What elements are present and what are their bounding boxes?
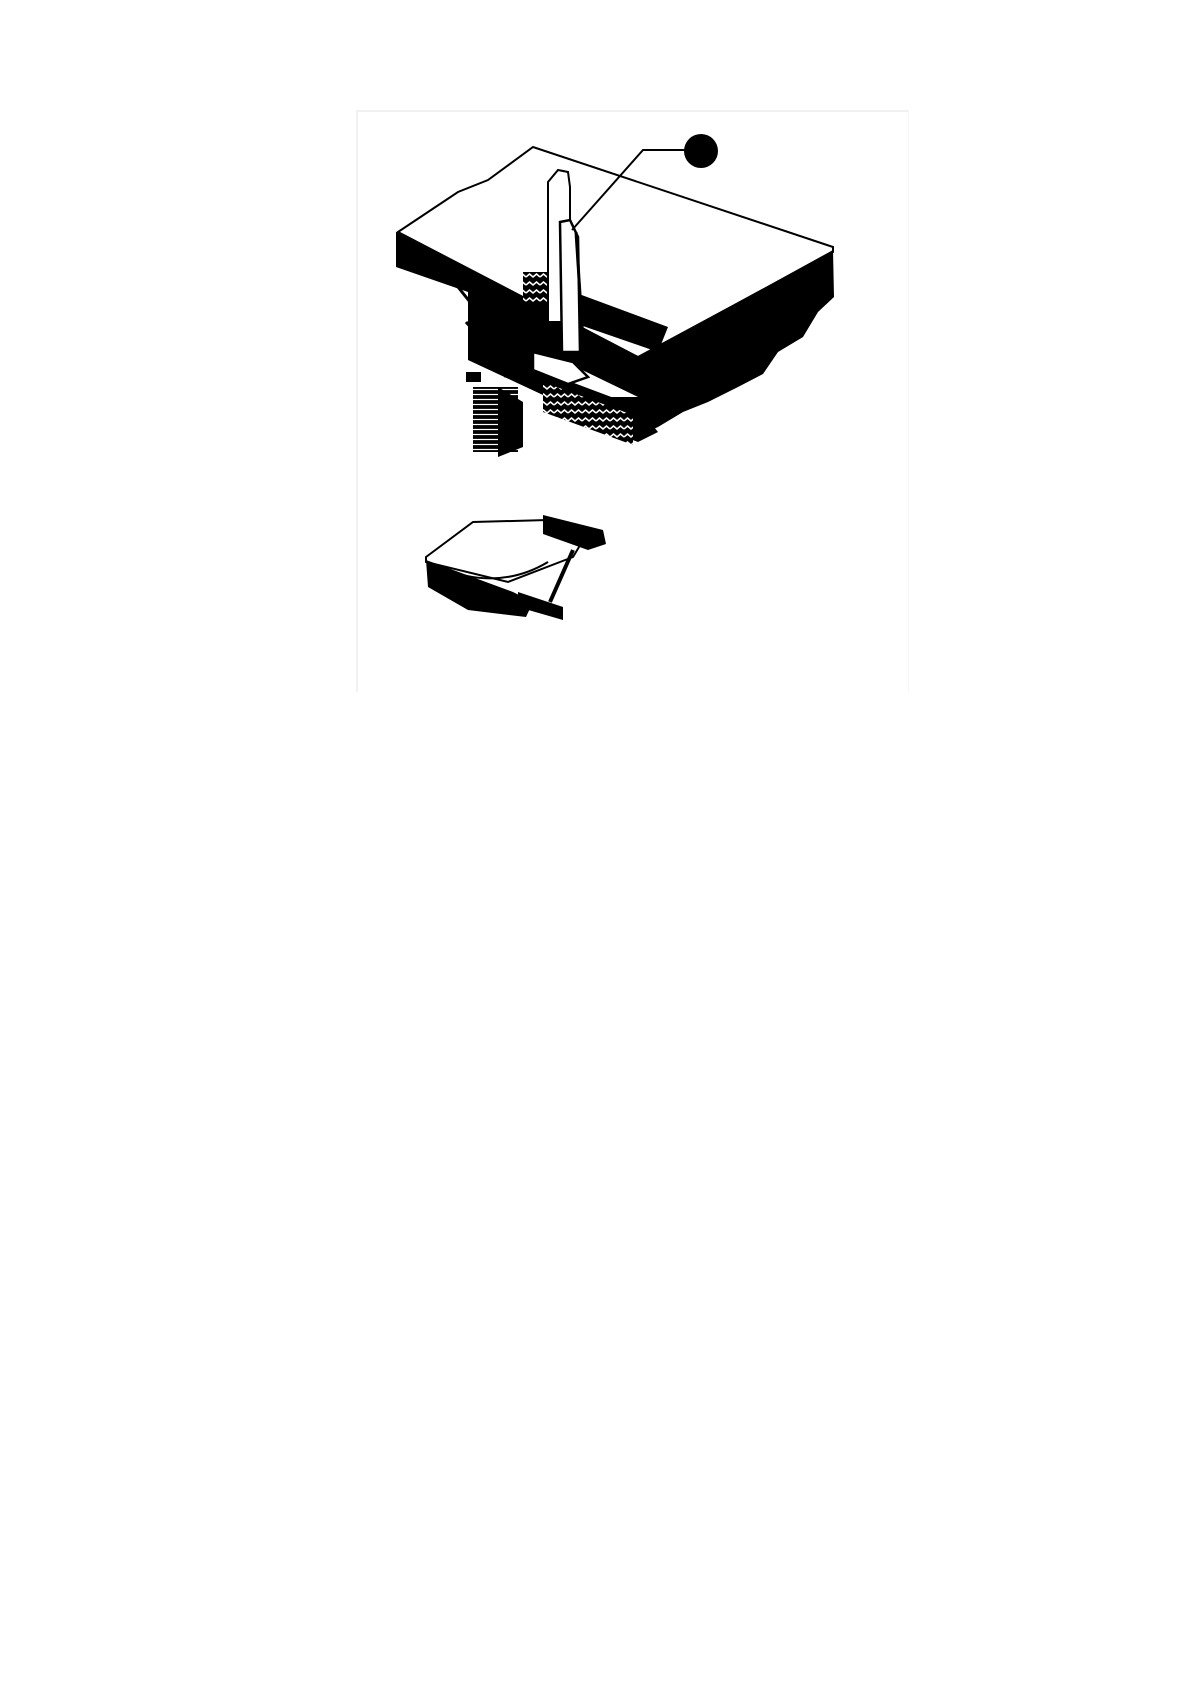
figure-frame: [356, 110, 909, 692]
base-holder: [426, 515, 606, 620]
callout-marker-icon: [684, 134, 718, 168]
clip-fastener-diagram: [358, 112, 908, 692]
panel: [396, 147, 834, 445]
